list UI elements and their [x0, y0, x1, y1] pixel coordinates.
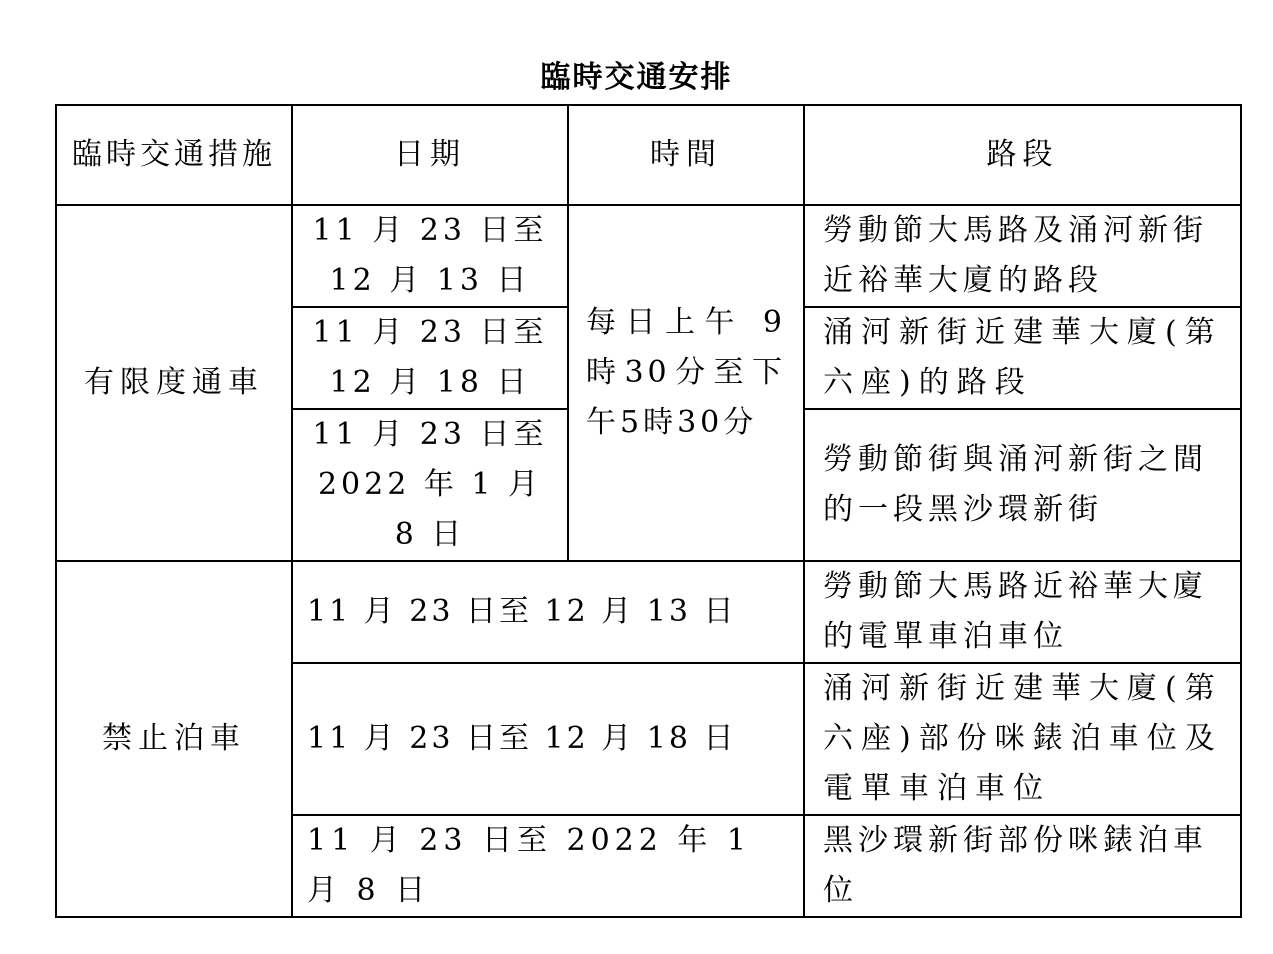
- header-time: 時間: [568, 105, 804, 205]
- date-cell: 11 月 23 日至 12 月 13 日: [292, 205, 568, 307]
- road-section-cell: 涌河新街近建華大廈(第六座)的路段: [804, 307, 1241, 409]
- header-measure: 臨時交通措施: [56, 105, 292, 205]
- road-section-cell: 勞動節街與涌河新街之間的一段黑沙環新街: [804, 409, 1241, 561]
- date-cell: 11 月 23 日至 2022 年 1 月 8 日: [292, 409, 568, 561]
- date-cell: 11 月 23 日至 12 月 18 日: [292, 307, 568, 409]
- time-cell: 每日上午 9 時30分至下午5時30分: [568, 205, 804, 561]
- date-text: 11 月 23 日至 2022 年 1 月 8 日: [307, 823, 751, 908]
- time-text: 每日上午 9 時30分至下午5時30分: [586, 298, 786, 448]
- document-title: 臨時交通安排: [0, 58, 1273, 98]
- measure-limited-access: 有限度通車: [56, 205, 292, 561]
- date-cell: 11 月 23 日至 12 月 18 日: [292, 663, 804, 815]
- header-road-section: 路段: [804, 105, 1241, 205]
- road-section-cell: 勞動節大馬路及涌河新街近裕華大廈的路段: [804, 205, 1241, 307]
- road-section-cell: 黑沙環新街部份咪錶泊車位: [804, 815, 1241, 917]
- measure-no-parking: 禁止泊車: [56, 561, 292, 917]
- traffic-arrangement-table: 臨時交通措施 日期 時間 路段 有限度通車 11 月 23 日至 12 月 13…: [55, 104, 1242, 918]
- table-row: 有限度通車 11 月 23 日至 12 月 13 日 每日上午 9 時30分至下…: [56, 205, 1241, 307]
- date-cell: 11 月 23 日至 12 月 13 日: [292, 561, 804, 663]
- table-header-row: 臨時交通措施 日期 時間 路段: [56, 105, 1241, 205]
- date-text: 11 月 23 日至 12 月 18 日: [307, 721, 736, 756]
- road-section-cell: 勞動節大馬路近裕華大廈的電單車泊車位: [804, 561, 1241, 663]
- date-cell: 11 月 23 日至 2022 年 1 月 8 日: [292, 815, 804, 917]
- date-text: 11 月 23 日至 12 月 13 日: [311, 206, 549, 306]
- date-text: 11 月 23 日至 12 月 13 日: [307, 594, 736, 629]
- date-text: 11 月 23 日至 12 月 18 日: [311, 308, 549, 408]
- table-row: 禁止泊車 11 月 23 日至 12 月 13 日 勞動節大馬路近裕華大廈的電單…: [56, 561, 1241, 663]
- header-date: 日期: [292, 105, 568, 205]
- date-text: 11 月 23 日至 2022 年 1 月 8 日: [307, 410, 553, 560]
- road-section-cell: 涌河新街近建華大廈(第六座)部份咪錶泊車位及電單車泊車位: [804, 663, 1241, 815]
